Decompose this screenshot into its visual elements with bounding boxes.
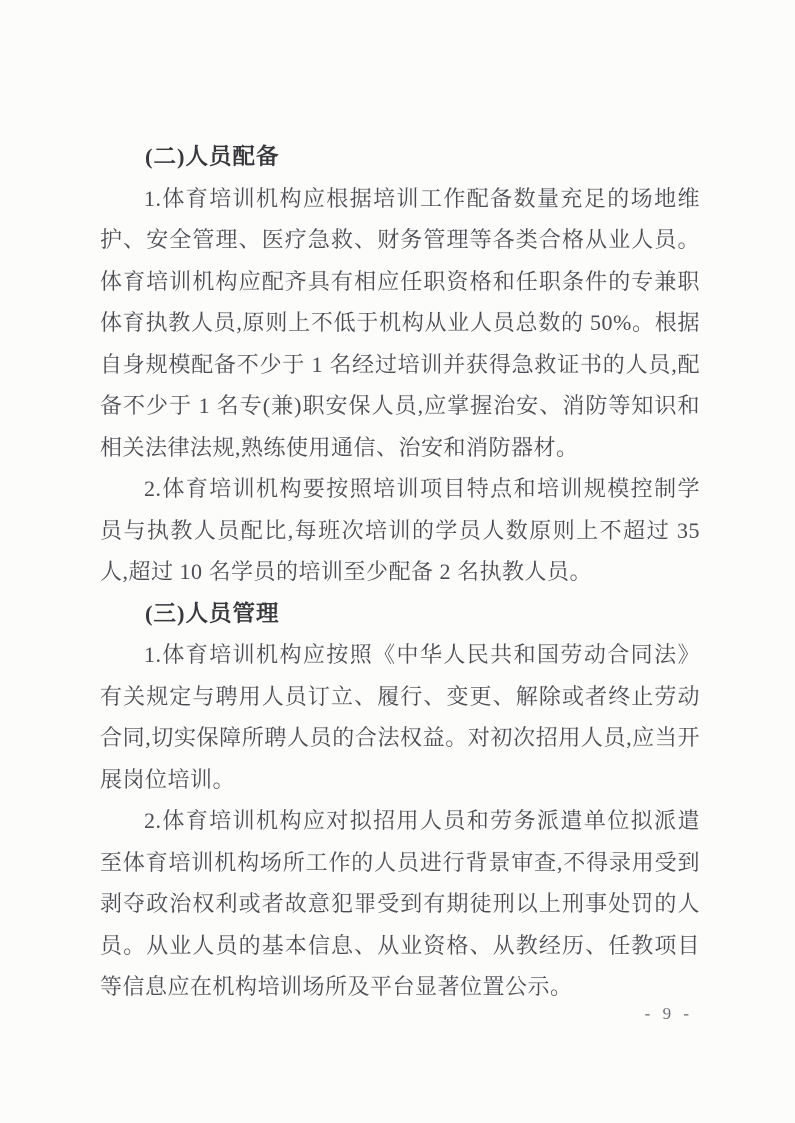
paragraph: 1.体育培训机构应根据培训工作配备数量充足的场地维护、安全管理、医疗急救、财务管… xyxy=(100,178,700,469)
section-heading: (三)人员管理 xyxy=(100,593,700,635)
section-heading: (二)人员配备 xyxy=(100,136,700,178)
paragraph: 2.体育培训机构应对拟招用人员和劳务派遣单位拟派遣至体育培训机构场所工作的人员进… xyxy=(100,800,700,1008)
page-number: - 9 - xyxy=(645,1002,693,1026)
document-page: (二)人员配备 1.体育培训机构应根据培训工作配备数量充足的场地维护、安全管理、… xyxy=(0,0,795,1123)
paragraph: 2.体育培训机构要按照培训项目特点和培训规模控制学员与执教人员配比,每班次培训的… xyxy=(100,468,700,593)
section-personnel-staffing: (二)人员配备 1.体育培训机构应根据培训工作配备数量充足的场地维护、安全管理、… xyxy=(100,136,700,593)
document-body: (二)人员配备 1.体育培训机构应根据培训工作配备数量充足的场地维护、安全管理、… xyxy=(100,136,700,1008)
section-personnel-management: (三)人员管理 1.体育培训机构应按照《中华人民共和国劳动合同法》有关规定与聘用… xyxy=(100,593,700,1008)
paragraph: 1.体育培训机构应按照《中华人民共和国劳动合同法》有关规定与聘用人员订立、履行、… xyxy=(100,634,700,800)
